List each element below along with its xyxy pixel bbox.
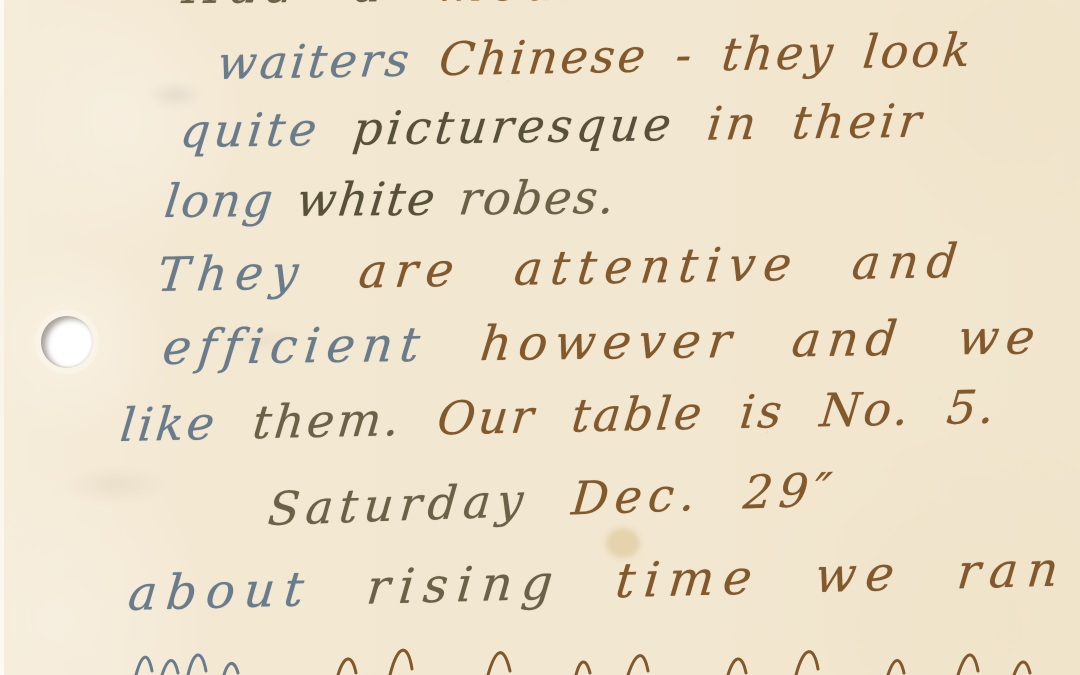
text-segment: quite — [178, 102, 356, 158]
cut-off-line-strokes — [128, 641, 1038, 675]
text-segment: in their — [705, 94, 928, 151]
text-segment: Had a — [180, 0, 444, 14]
text-segment: white — [294, 171, 462, 226]
handwriting-line-9: about rising time we ran — [126, 544, 1070, 621]
handwriting-line-4: long white robes. — [162, 172, 619, 227]
handwriting-line-7: like them. Our table is No. 5. — [118, 382, 1000, 451]
text-segment: meal in the — [438, 0, 850, 12]
text-segment: Our table is No. 5. — [435, 380, 1000, 446]
text-segment: Chinese - they look — [437, 23, 977, 86]
handwriting-line-5: They are attentive and — [155, 236, 968, 302]
text-segment: robes. — [456, 170, 619, 225]
diary-page: Had a meal in the waiters Chinese - they… — [0, 0, 1080, 675]
text-segment: Dec. 29″ — [570, 462, 841, 525]
text-segment: are attentive and — [356, 234, 968, 300]
text-segment: them. — [250, 391, 440, 449]
text-segment: Saturday — [266, 471, 574, 536]
text-segment: waiters — [215, 32, 443, 90]
text-segment: time we ran — [613, 542, 1070, 610]
hole-punch — [41, 316, 93, 368]
text-segment: efficient — [160, 316, 484, 376]
scan-edge — [0, 0, 4, 675]
text-segment: however and we — [478, 309, 1045, 372]
handwriting-line-8: Saturday Dec. 29″ — [266, 464, 840, 534]
text-segment: rising — [364, 553, 618, 615]
text-segment: long — [162, 173, 300, 228]
text-segment: about — [126, 560, 370, 622]
handwriting-line-3: quite picturesque in their — [178, 96, 928, 157]
text-segment: picturesque — [350, 97, 710, 156]
handwriting-line-6: efficient however and we — [160, 311, 1045, 375]
text-segment: They — [155, 245, 362, 303]
handwriting-line-2: waiters Chinese - they look — [215, 25, 976, 89]
text-segment: like — [118, 395, 256, 452]
handwriting-line-1: Had a meal in the — [180, 0, 850, 13]
